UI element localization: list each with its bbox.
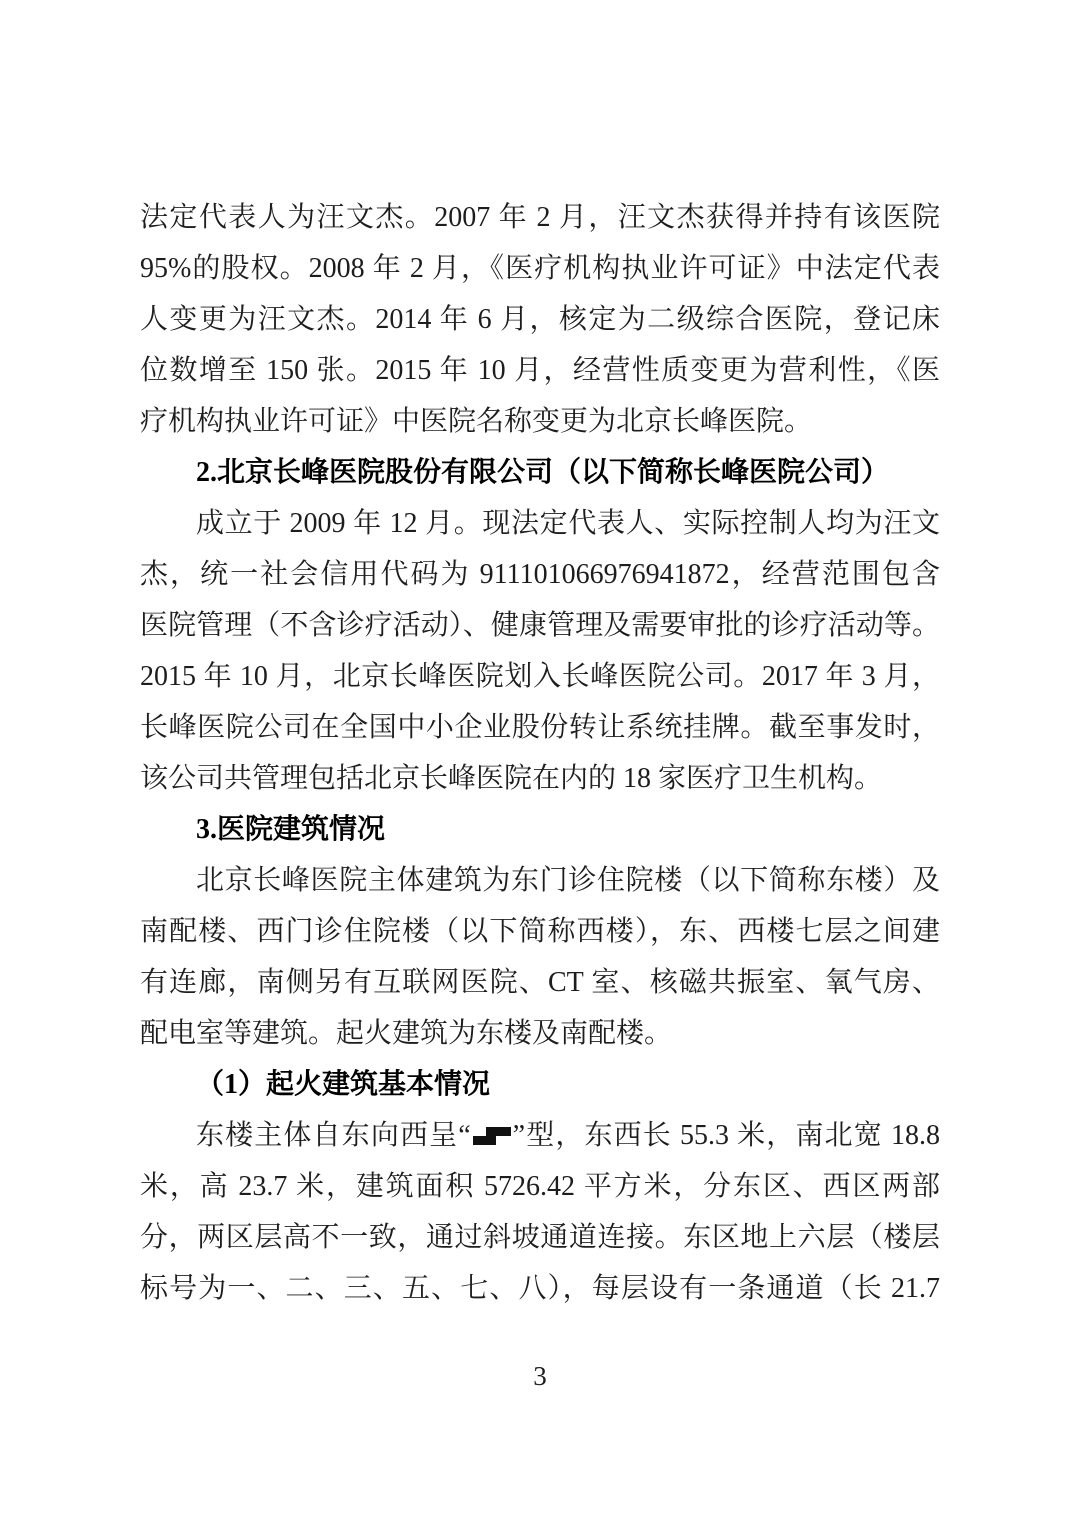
paragraph-line: 长峰医院公司在全国中小企业股份转让系统挂牌。截至事发时， <box>140 702 940 753</box>
paragraph-line: 分，两区层高不一致，通过斜坡通道连接。东区地上六层（楼层 <box>140 1212 940 1263</box>
paragraph-line: 成立于 2009 年 12 月。现法定代表人、实际控制人均为汪文 <box>140 498 940 549</box>
document-body: 法定代表人为汪文杰。2007 年 2 月，汪文杰获得并持有该医院95%的股权。2… <box>140 192 940 1314</box>
paragraph-line: 2015 年 10 月，北京长峰医院划入长峰医院公司。2017 年 3 月， <box>140 651 940 702</box>
paragraph-line: 北京长峰医院主体建筑为东门诊住院楼（以下简称东楼）及 <box>140 855 940 906</box>
paragraph-line: 米，高 23.7 米，建筑面积 5726.42 平方米，分东区、西区两部 <box>140 1161 940 1212</box>
paragraph-line: 东楼主体自东向西呈“”型，东西长 55.3 米，南北宽 18.8 <box>140 1110 940 1161</box>
paragraph-line: 配电室等建筑。起火建筑为东楼及南配楼。 <box>140 1008 940 1059</box>
page-number: 3 <box>0 1352 1080 1400</box>
section-heading: 2.北京长峰医院股份有限公司（以下简称长峰医院公司） <box>140 447 940 498</box>
section-heading: 3.医院建筑情况 <box>140 804 940 855</box>
paragraph-line: 南配楼、西门诊住院楼（以下简称西楼），东、西楼七层之间建 <box>140 906 940 957</box>
paragraph-line: 该公司共管理包括北京长峰医院在内的 18 家医疗卫生机构。 <box>140 753 940 804</box>
paragraph-line: 标号为一、二、三、五、七、八），每层设有一条通道（长 21.7 <box>140 1263 940 1314</box>
paragraph-line: 法定代表人为汪文杰。2007 年 2 月，汪文杰获得并持有该医院 <box>140 192 940 243</box>
section-heading: （1）起火建筑基本情况 <box>140 1059 940 1110</box>
paragraph-line: 医院管理（不含诊疗活动）、健康管理及需要审批的诊疗活动等。 <box>140 600 940 651</box>
paragraph-line: 95%的股权。2008 年 2 月，《医疗机构执业许可证》中法定代表 <box>140 243 940 294</box>
paragraph-line: 有连廊，南侧另有互联网医院、CT 室、核磁共振室、氧气房、 <box>140 957 940 1008</box>
paragraph-line: 杰，统一社会信用代码为 911101066976941872，经营范围包含 <box>140 549 940 600</box>
paragraph-text: 东楼主体自东向西呈“ <box>196 1120 471 1151</box>
step-shape-icon <box>473 1127 511 1145</box>
document-page: 法定代表人为汪文杰。2007 年 2 月，汪文杰获得并持有该医院95%的股权。2… <box>0 0 1080 1526</box>
paragraph-text: ”型，东西长 55.3 米，南北宽 18.8 <box>513 1120 940 1151</box>
paragraph-line: 人变更为汪文杰。2014 年 6 月，核定为二级综合医院，登记床 <box>140 294 940 345</box>
paragraph-line: 位数增至 150 张。2015 年 10 月，经营性质变更为营利性，《医 <box>140 345 940 396</box>
paragraph-line: 疗机构执业许可证》中医院名称变更为北京长峰医院。 <box>140 396 940 447</box>
